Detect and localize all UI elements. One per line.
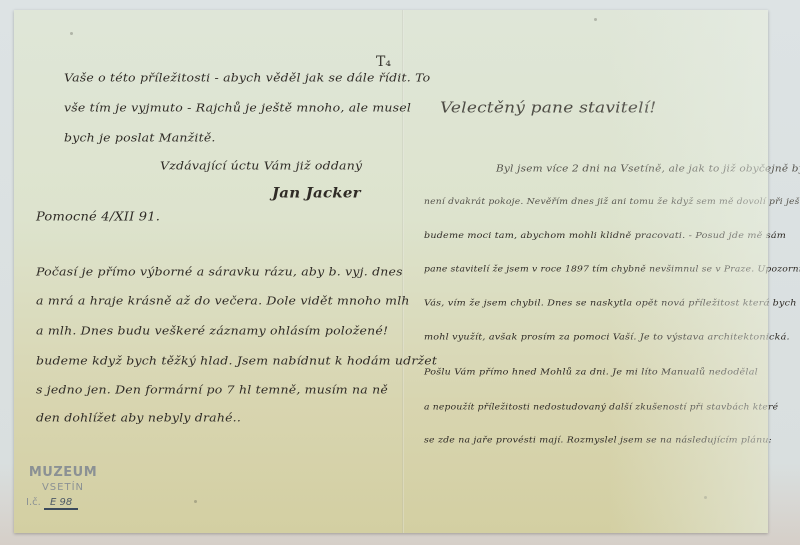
letter-sheet: Vaše o této příležitosti - abych věděl j… — [14, 10, 768, 533]
stamp-town-label: VSETÍN — [22, 480, 104, 495]
right-body-line-7: Pošlu Vám přímo hned Mohlů za dni. Je mi… — [424, 368, 758, 378]
left-body-line-4: budeme když bych těžký hlad. Jsem nabídn… — [36, 354, 437, 368]
left-line-3: bych je poslat Manžitě. — [64, 131, 216, 145]
right-body-line-1: Byl jsem více 2 dni na Vsetíně, ale jak … — [496, 164, 800, 175]
dateline: Pomocné 4/XII 91. — [36, 211, 160, 225]
stamp-inventory-number: E 98 — [44, 497, 78, 510]
left-body-line-1: Počasí je přímo výborné a sáravku rázu, … — [36, 265, 403, 279]
left-page: Vaše o této příležitosti - abych věděl j… — [14, 10, 402, 533]
greeting: Velectěný pane stavitelí! — [440, 99, 656, 117]
left-body-line-2: a mrá a hraje krásně až do večera. Dole … — [36, 294, 410, 308]
stamp-prefix: I.č. — [26, 497, 41, 508]
right-body-line-2: není dvakrát pokoje. Nevěřím dnes již an… — [424, 197, 800, 207]
paper-fleck — [194, 500, 197, 503]
paper-fleck — [594, 18, 597, 21]
signature: Jan Jacker — [272, 185, 361, 201]
left-line-1: Vaše o této příležitosti - abych věděl j… — [64, 71, 430, 85]
paper-fleck — [704, 496, 707, 499]
closing-line: Vzdávající úctu Vám již oddaný — [160, 159, 362, 173]
right-body-line-8: a nepoužít příležitosti nedostudovaný da… — [424, 403, 778, 413]
right-body-line-9: se zde na jaře provésti mají. Rozmyslel … — [424, 436, 772, 446]
left-line-2: vše tím je vyjmuto - Rajchů je ještě mno… — [64, 101, 411, 115]
right-page: Velectěný pane stavitelí! Byl jsem více … — [404, 10, 768, 533]
museum-stamp: MUZEUM VSETÍN I.č. E 98 — [22, 465, 104, 510]
right-body-line-4: pane stavitelí že jsem v roce 1897 tím c… — [424, 265, 800, 275]
stamp-museum-label: MUZEUM — [22, 465, 104, 480]
stamp-inventory-line: I.č. E 98 — [22, 495, 104, 510]
right-body-line-6: mohl využít, avšak prosím za pomoci Vaší… — [424, 333, 790, 343]
left-body-line-6: den dohlížet aby nebyly drahé.. — [36, 411, 241, 425]
left-body-line-3: a mlh. Dnes budu veškeré záznamy ohlásím… — [36, 324, 388, 338]
left-body-line-5: s jedno jen. Den formární po 7 hl temně,… — [36, 383, 388, 397]
paper-fleck — [70, 32, 73, 35]
corner-mark: T₄ — [376, 54, 391, 70]
right-body-line-5: Vás, vím že jsem chybil. Dnes se naskytl… — [424, 299, 797, 309]
right-body-line-3: budeme moci tam, abychom mohli klidně pr… — [424, 231, 786, 241]
